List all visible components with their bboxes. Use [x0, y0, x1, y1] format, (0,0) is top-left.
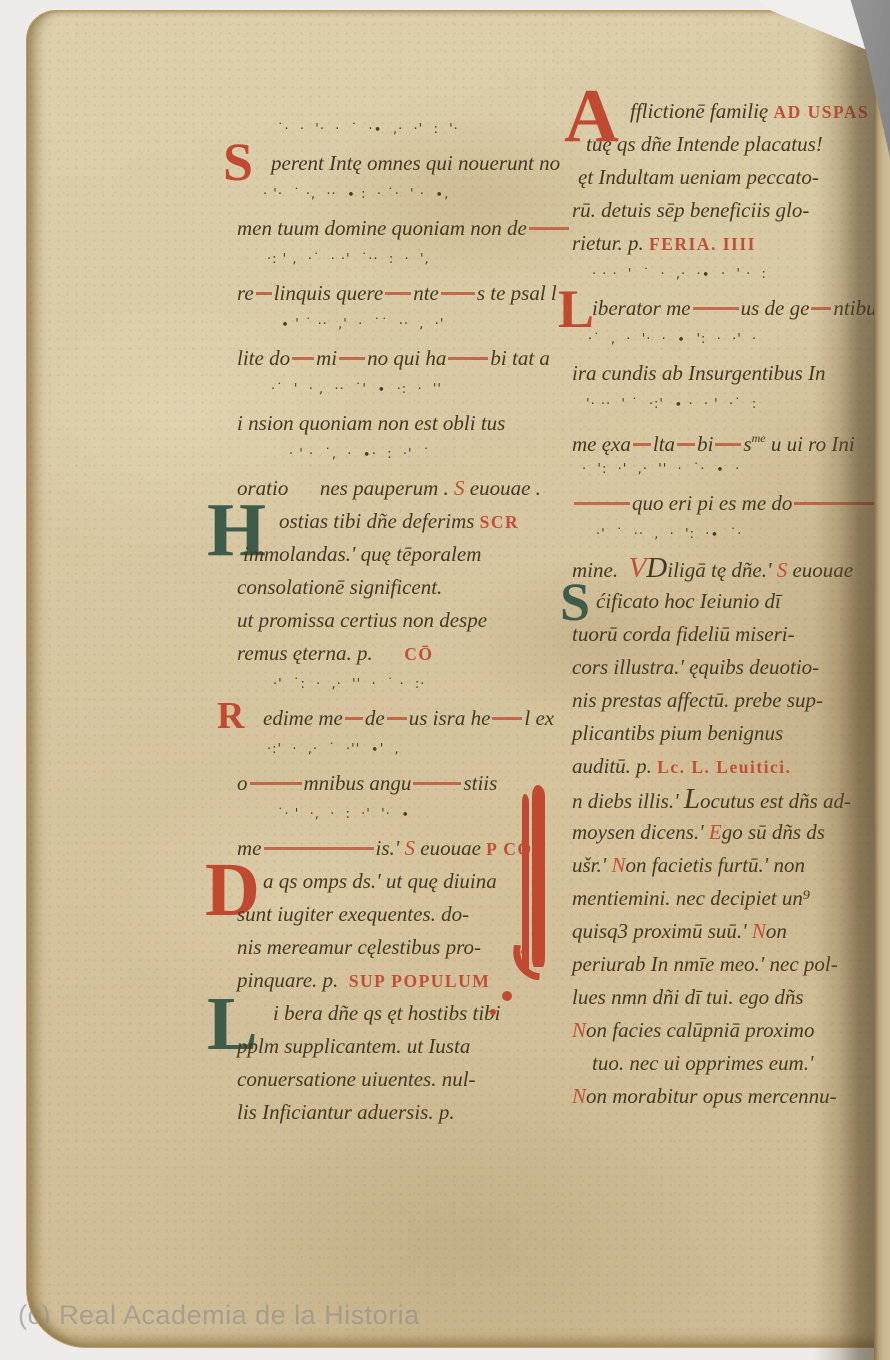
neume-notation-line: ·' ˙: · ,· '' · ˙ · :·: [237, 670, 573, 702]
rubric-text: FERIA. IIII: [649, 234, 756, 254]
body-text: me: [752, 431, 766, 445]
manuscript-text-line: Li bera dñe qs ęt hostibs tibi: [237, 997, 573, 1030]
manuscript-text-line: lis Inficiantur aduersis. p.: [237, 1096, 573, 1129]
manuscript-text-line: meis.' S euouae P CŌ.: [237, 832, 573, 865]
illuminated-initial-S: S: [560, 581, 590, 623]
manuscript-page: ˙· · '· · ˙ ·∙ ,· ·' : '·Sperent Intę om…: [26, 10, 890, 1348]
manuscript-text-line: sunt iugiter exequentes. do-: [237, 898, 573, 931]
body-text: quisq3 proximū suū.': [572, 919, 752, 943]
neume-notation-line: · '· ˙ ·, ·· ∙ : · ˙· ' · ∙,: [237, 180, 573, 212]
body-text: nis mereamur cęlestibus pro-: [237, 935, 481, 959]
rubric-text: P CŌ.: [486, 839, 538, 859]
neume-notation-line: ·:' · ,· ˙ ·'' ∙' ,: [237, 735, 573, 767]
neume-notation-line: ·: ' , ·˙ · ·' ˙·· : · ',: [237, 245, 573, 277]
body-text: ęt Indultam ueniam peccato-: [578, 165, 819, 189]
body-text: moysen dicens.': [572, 820, 709, 844]
body-text: auditū. p.: [572, 754, 657, 778]
manuscript-text-line: Hostias tibi dñe deferims SCR: [237, 505, 573, 538]
rubric-text: CŌ: [404, 644, 433, 664]
body-text: immolandas.' quę tēporalem: [243, 542, 481, 566]
manuscript-text-line: lite domino qui habi tat a: [237, 342, 573, 375]
rubric-text: E: [709, 820, 722, 844]
body-text: linquis quere: [274, 281, 383, 305]
rubric-text: N: [572, 1018, 586, 1042]
manuscript-text-line: oratio nes pauperum . S euouae .: [237, 472, 573, 505]
red-extension-rule: [492, 717, 522, 720]
body-text: cors illustra.' ęquibs deuotio-: [572, 655, 819, 679]
rubric-text: S: [777, 558, 788, 582]
body-text: lues nmn dñi dī tui. ego dñs: [572, 985, 804, 1009]
body-text: pplm supplicantem. ut Iusta: [237, 1034, 470, 1058]
rubric-text: N: [572, 1084, 586, 1108]
body-text: remus ęterna. p.: [237, 641, 404, 665]
red-extension-rule: [339, 357, 365, 360]
body-text: on facies calūpniā proximo: [586, 1018, 814, 1042]
body-text: tuorū corda fideliū miseri-: [572, 622, 795, 646]
body-text: oratio nes pauperum .: [237, 476, 454, 500]
red-extension-rule: [529, 227, 569, 230]
red-extension-rule: [441, 292, 475, 295]
manuscript-text-line: ut promissa certius non despe: [237, 604, 573, 637]
manuscript-text-line: immolandas.' quę tēporalem: [237, 538, 573, 571]
body-text: mnibus angu: [304, 771, 412, 795]
body-text: conuersatione uiuentes. nul-: [237, 1067, 476, 1091]
neume-notation-line: ˙· · '· · ˙ ·∙ ,· ·' : '·: [237, 115, 573, 147]
body-text: bi: [697, 432, 713, 456]
illuminated-initial-S: S: [223, 141, 253, 183]
body-text: bi tat a: [490, 346, 550, 370]
illuminated-initial-R: R: [217, 702, 244, 732]
body-text: is.': [376, 836, 405, 860]
body-text: lite do: [237, 346, 290, 370]
book-gutter-shadow: [814, 0, 876, 1360]
red-extension-rule: [385, 292, 411, 295]
body-text: stiis: [463, 771, 497, 795]
body-text: lta: [653, 432, 675, 456]
body-text: i nsion quoniam non est obli tus: [237, 411, 505, 435]
body-text: ostias tibi dñe deferims: [279, 509, 480, 533]
body-text: l ex: [524, 706, 554, 730]
body-text: rietur. p.: [572, 231, 649, 255]
red-extension-rule: [387, 717, 407, 720]
red-extension-rule: [264, 847, 374, 850]
rubric-text: N: [612, 853, 626, 877]
body-text: edime me: [263, 706, 343, 730]
body-text: no qui ha: [367, 346, 446, 370]
body-text: rū. detuis sēp beneficiis glo-: [572, 198, 809, 222]
body-text: ut promissa certius non despe: [237, 608, 487, 632]
neume-notation-line: ·˙ ' · , ·· ˙' ∙ ·: · '': [237, 375, 573, 407]
red-extension-rule: [677, 443, 695, 446]
facing-page-edge: [874, 0, 890, 1360]
red-extension-rule: [413, 782, 461, 785]
manuscript-text-line: relinquis querentes te psal l: [237, 277, 573, 310]
body-text: us isra he: [409, 706, 491, 730]
body-text: euouae .: [465, 476, 541, 500]
body-text: ćificato hoc Ieiunio dī: [596, 589, 781, 613]
body-text: ušr.': [572, 853, 612, 877]
rubric-text: S: [405, 836, 416, 860]
body-text: iberator me: [592, 296, 691, 320]
body-text: o: [237, 771, 248, 795]
manuscript-text-line: remus ęterna. p. CŌ: [237, 637, 573, 670]
body-text: re: [237, 281, 254, 305]
body-text: euouae: [415, 836, 486, 860]
body-text: s: [743, 432, 751, 456]
body-text: men tuum domine quoniam non de: [237, 216, 527, 240]
manuscript-text-line: Da qs omps ds.' ut quę diuina: [237, 865, 573, 898]
digitized-manuscript-photo: ˙· · '· · ˙ ·∙ ,· ·' : '·Sperent Intę om…: [0, 0, 890, 1360]
rubric-text: S: [454, 476, 465, 500]
red-extension-rule: [448, 357, 488, 360]
red-extension-rule: [574, 502, 630, 505]
manuscript-text-line: consolationē significent.: [237, 571, 573, 604]
illuminated-initial-L: L: [558, 288, 594, 330]
body-text: perent Intę omnes qui nouerunt no: [271, 151, 560, 175]
rubric-text: Lc. L. Leuitici.: [657, 757, 791, 777]
body-text: consolationē significent.: [237, 575, 442, 599]
body-text: me ęxa: [572, 432, 631, 456]
body-text: D: [646, 552, 667, 584]
body-text: L: [684, 783, 700, 815]
illuminated-initial-I: [532, 785, 545, 967]
neume-notation-line: ∙ ' ˙ ·· ,' · ˙˙ ·· , ·': [237, 310, 573, 342]
body-text: nis prestas affectū. prebe sup-: [572, 688, 823, 712]
red-extension-rule: [715, 443, 741, 446]
body-text: tuę qs dñe Intende placatus!: [586, 132, 823, 156]
body-text: go sū dñs ds: [722, 820, 825, 844]
neume-notation-line: ˙· ' ·, · : ·' '· ∙: [237, 800, 573, 832]
red-extension-rule: [256, 292, 272, 295]
red-extension-rule: [693, 307, 739, 310]
manuscript-text-line: men tuum domine quoniam non de: [237, 212, 573, 245]
rubric-text: SUP POPULUM: [349, 971, 490, 991]
manuscript-text-line: omnibus angustiis: [237, 767, 573, 800]
body-text: mi: [316, 346, 337, 370]
body-text: plicantibs pium benignus: [572, 721, 783, 745]
column-left: ˙· · '· · ˙ ·∙ ,· ·' : '·Sperent Intę om…: [237, 115, 573, 1129]
neume-notation-line: · ' · ˙, · ∙· : ·' ˙: [237, 440, 573, 472]
body-text: periurab In nmīe meo.' nec pol-: [572, 952, 838, 976]
body-text: tuo. nec ui opprimes eum.': [592, 1051, 813, 1075]
red-extension-rule: [345, 717, 363, 720]
red-extension-rule: [633, 443, 651, 446]
copyright-watermark: (c) Real Academia de la Historia: [18, 1300, 420, 1331]
body-text: nte: [413, 281, 439, 305]
manuscript-text-line: conuersatione uiuentes. nul-: [237, 1063, 573, 1096]
body-text: on morabitur opus mercennu-: [586, 1084, 837, 1108]
manuscript-text-line: i nsion quoniam non est obli tus: [237, 407, 573, 440]
body-text: on: [766, 919, 787, 943]
body-text: mentiemini. nec decipiet un⁹: [572, 886, 810, 910]
body-text: ira cundis ab Insurgentibus In: [572, 361, 826, 385]
body-text: on facietis furtū.' non: [626, 853, 805, 877]
body-text: i bera dñe qs ęt hostibs tibi: [273, 1001, 501, 1025]
red-extension-rule: [292, 357, 314, 360]
body-text: s te psal l: [477, 281, 557, 305]
manuscript-text-line: pplm supplicantem. ut Iusta: [237, 1030, 573, 1063]
rubric-text: SCR: [480, 512, 520, 532]
body-text: iligā tę dñe.': [667, 558, 776, 582]
body-text: quo eri pi es me do: [632, 491, 792, 515]
red-extension-rule: [250, 782, 302, 785]
body-text: lis Inficiantur aduersis. p.: [237, 1100, 455, 1124]
rubric-text: V: [629, 552, 647, 584]
manuscript-text-line: Sperent Intę omnes qui nouerunt no: [237, 147, 573, 180]
body-text: de: [365, 706, 385, 730]
manuscript-text-line: Redime medeus isra hel ex: [237, 702, 573, 735]
rubric-text: N: [752, 919, 766, 943]
body-text: us de ge: [741, 296, 810, 320]
body-text: fflictionē familię: [630, 99, 773, 123]
body-text: sunt iugiter exequentes. do-: [237, 902, 469, 926]
body-text: a qs omps ds.' ut quę diuina: [263, 869, 497, 893]
body-text: n diebs illis.': [572, 789, 684, 813]
